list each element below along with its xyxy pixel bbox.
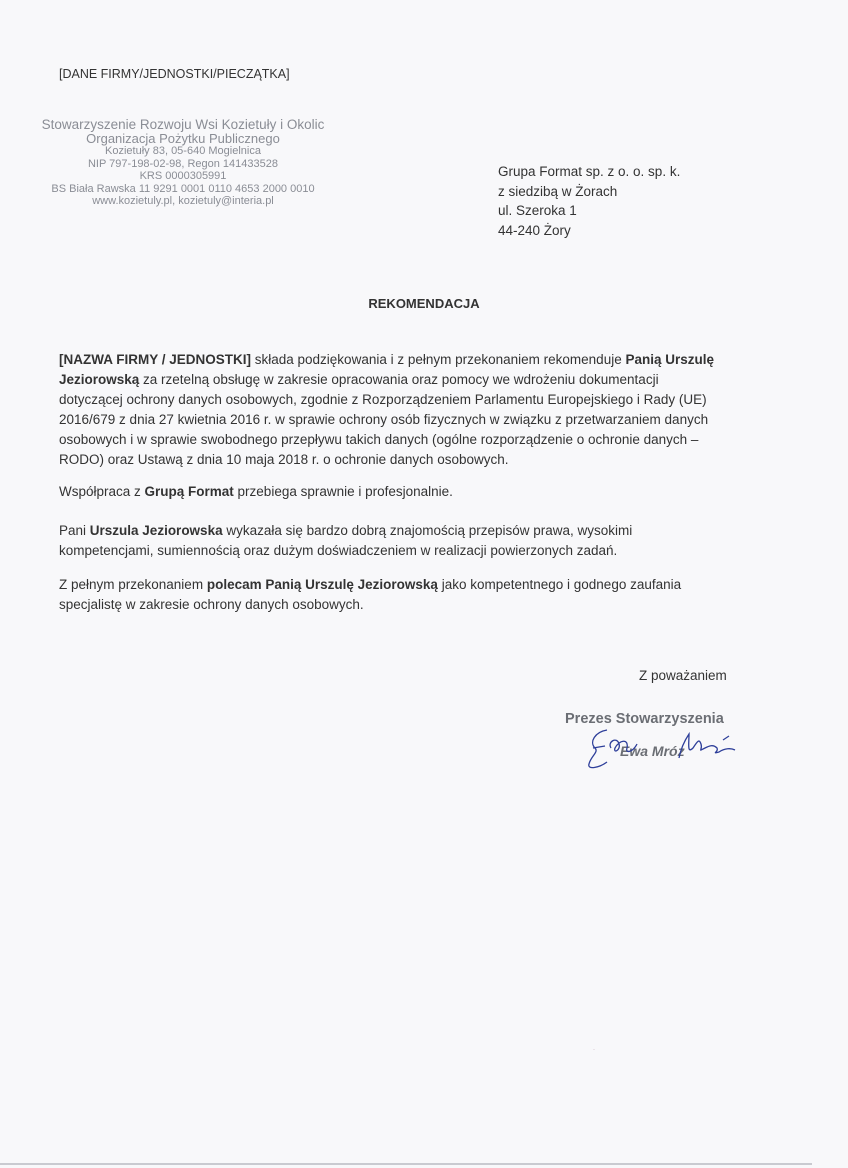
text-line: RODO) oraz Ustawą z dnia 10 maja 2018 r.… [59, 450, 759, 470]
text: wykazała się bardzo dobrą znajomością pr… [223, 523, 633, 538]
document-page: [DANE FIRMY/JEDNOSTKI/PIECZĄTKA] Stowarz… [0, 0, 848, 1168]
page-bottom-edge [0, 1163, 812, 1165]
organization-stamp: Stowarzyszenie Rozwoju Wsi Kozietuły i O… [28, 118, 338, 208]
paragraph-competences: Pani Urszula Jeziorowska wykazała się ba… [59, 521, 759, 561]
closing-salutation: Z poważaniem [639, 668, 727, 683]
recommendation-emphasis: polecam Panią Urszulę Jeziorowską [207, 577, 438, 592]
stamp-line: NIP 797-198-02-98, Regon 141433528 [28, 158, 338, 171]
text: za rzetelną obsługę w zakresie opracowan… [139, 372, 658, 387]
company-data-placeholder: [DANE FIRMY/JEDNOSTKI/PIECZĄTKA] [59, 67, 290, 81]
paragraph-recommendation-closing: Z pełnym przekonaniem polecam Panią Ursz… [59, 575, 759, 615]
recipient-line: ul. Szeroka 1 [498, 201, 680, 221]
text: Współpraca z [59, 484, 145, 499]
stamp-line: www.kozietuly.pl, kozietuly@interia.pl [28, 195, 338, 208]
paragraph-cooperation: Współpraca z Grupą Format przebiega spra… [59, 482, 759, 502]
text: jako kompetentnego i godnego zaufania [438, 577, 681, 592]
person-name: Urszula Jeziorowska [90, 523, 223, 538]
stamp-line: Kozietuły 83, 05-640 Mogielnica [28, 145, 338, 158]
text-line: specjalistę w zakresie ochrony danych os… [59, 595, 759, 615]
text-line: 2016/679 z dnia 27 kwietnia 2016 r. w sp… [59, 410, 759, 430]
text: składa podziękowania i z pełnym przekona… [251, 352, 625, 367]
recipient-line: Grupa Format sp. z o. o. sp. k. [498, 162, 680, 182]
scan-artifact-icon: · [593, 1047, 597, 1053]
person-surname: Jeziorowską [59, 372, 139, 387]
handwritten-signature-icon [585, 718, 745, 778]
document-title: REKOMENDACJA [0, 296, 848, 311]
person-name: Panią Urszulę [625, 352, 714, 367]
company-name-placeholder: [NAZWA FIRMY / JEDNOSTKI] [59, 352, 251, 367]
text: Z pełnym przekonaniem [59, 577, 207, 592]
text-line: kompetencjami, sumiennością oraz dużym d… [59, 541, 759, 561]
stamp-line: Stowarzyszenie Rozwoju Wsi Kozietuły i O… [28, 118, 338, 132]
recipient-line: z siedzibą w Żorach [498, 182, 680, 202]
text: przebiega sprawnie i profesjonalnie. [234, 484, 453, 499]
recipient-address: Grupa Format sp. z o. o. sp. k. z siedzi… [498, 162, 680, 240]
company-name: Grupą Format [145, 484, 234, 499]
recipient-line: 44-240 Żory [498, 221, 680, 241]
stamp-line: Organizacja Pożytku Publicznego [28, 132, 338, 145]
paragraph-recommendation: [NAZWA FIRMY / JEDNOSTKI] składa podzięk… [59, 350, 759, 470]
stamp-line: KRS 0000305991 [28, 170, 338, 183]
text: Pani [59, 523, 90, 538]
text-line: dotyczącej ochrony danych osobowych, zgo… [59, 390, 759, 410]
text-line: osobowych i w sprawie swobodnego przepły… [59, 430, 759, 450]
stamp-line: BS Biała Rawska 11 9291 0001 0110 4653 2… [28, 183, 338, 196]
